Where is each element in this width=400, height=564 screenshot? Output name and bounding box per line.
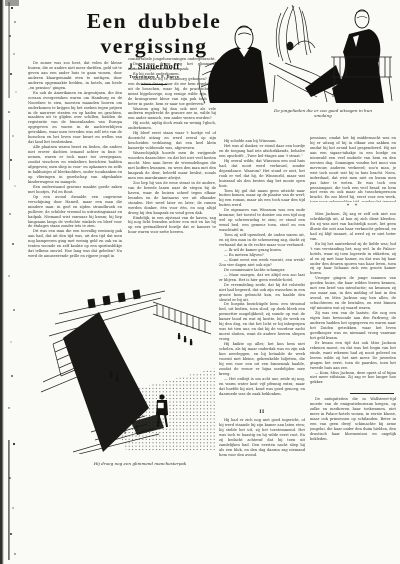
quay-drawing — [33, 282, 217, 454]
column3-part-a: Hij schelde aan bij Winssum.Het was al d… — [219, 139, 305, 407]
column4-part-a: pensions; omdat het bij middernacht was … — [310, 136, 396, 202]
column3-part-b: Hij had er zich nog niet goed ingericht,… — [219, 418, 305, 470]
paragraph: En ook de Amerikanen en Argentijnen, die… — [28, 91, 122, 145]
paragraph: De hospita bezichtigde hem: een stroomd … — [219, 302, 305, 342]
quay-caption: Hij droeg nog een glimmend manchesterpak — [65, 461, 215, 466]
paragraph: Hij knikte op alles; het kon hem niet sc… — [219, 342, 305, 377]
column4-part-b: Miss Jackson. Zij zag er zelf ook niet z… — [310, 212, 396, 390]
asterisk-separator: * * — [310, 202, 396, 212]
paragraph: Hij overal wilde, dat Winssum een oud hu… — [219, 159, 305, 189]
paragraph: Eindelijk, in een zijstraat van de haven… — [128, 216, 216, 236]
paragraph: De vreemdeling zeide, dat hij dit volstr… — [219, 283, 305, 303]
paragraph: Een onderstaand gravuur maakte goede zak… — [28, 185, 122, 195]
article-title: Een dubbele vergissing — [28, 9, 280, 59]
paragraph: En bij het aanteekend zij de liefde was;… — [310, 242, 396, 277]
text-column-3: Hij schelde aan bij Winssum.Het was al d… — [219, 139, 305, 473]
paragraph: Zij was een van de laatste, die nog een … — [310, 311, 396, 341]
section-marker: II — [219, 407, 305, 418]
paragraph: Hij had er zich nog niet goed ingericht,… — [219, 418, 305, 458]
article-author: J. Slauerhoff — [28, 62, 280, 71]
salon-caption: De jongelieden die er zoo goed uitzagen … — [265, 108, 381, 119]
column4-part-c: De antiquiteiten die in Wallstreet-tijd … — [310, 397, 396, 461]
text-column-1: De zomer was zoo heet, dat velen de klei… — [28, 61, 122, 283]
text-column-4: pensions; omdat het bij middernacht was … — [310, 136, 396, 468]
paragraph: — Het ontbijt is om acht uur, zeide zij … — [219, 377, 305, 397]
paragraph: — Kom, Miss Jackson, deze opzet al of bi… — [310, 371, 396, 386]
short-divider — [350, 393, 394, 394]
illustration-credit: Teekeningen J. F. Doeve — [28, 74, 280, 79]
paragraph: Toen hij gul dat naam geen uitzicht naar… — [219, 189, 305, 209]
paragraph: Miss Jackson. Zij zag er zelf ook niet z… — [310, 212, 396, 242]
paragraph: Hij zocht, nijdig doch zwak en weinig l'… — [128, 121, 216, 131]
paragraph: pensions; omdat het bij middernacht was … — [310, 136, 396, 202]
newspaper-page: Een dubbele vergissing J. Slauerhoff Tee… — [0, 0, 400, 564]
paragraph: — Komt eerst een week vooruit, een week?… — [219, 258, 305, 268]
paragraph: Alle plaatsen waren bezet en lieden, die… — [28, 145, 122, 185]
paragraph: Zoo liep hij van de eene straat in de an… — [128, 181, 216, 216]
quay-illustration: Hij droeg nog een glimmend manchesterpak — [33, 282, 217, 466]
header-rule — [141, 84, 167, 85]
paragraph: Waarschijnlijk hoorde men de zwijgende w… — [128, 151, 216, 181]
article-header: Een dubbele vergissing J. Slauerhoff Tee… — [28, 9, 280, 85]
paragraph: De antiquiteiten die in Wallstreet-tijd … — [310, 397, 396, 442]
paragraph: Het was al donker, er stond daar een bor… — [219, 144, 305, 159]
paragraph: Vroeger gingen de jonge mannen van goede… — [310, 276, 396, 311]
paragraph: Hij bleef eerst staan waar 't hoekje vol… — [128, 131, 216, 151]
paragraph: Er kwam een tijd dat ook Miss Jackson re… — [310, 341, 396, 371]
paragraph: Dit was een man die een toevallig eenton… — [28, 229, 122, 259]
paragraph: Op een avond dwaalde een ongewone versch… — [28, 195, 122, 230]
paragraph: Toen zij zelf opendeed, de ouden waren u… — [219, 233, 305, 248]
paragraph: De eigenares van Winssum was een oude kr… — [219, 208, 305, 233]
paragraph: — Maar morgen, dat we altijd een zoo laa… — [219, 273, 305, 283]
